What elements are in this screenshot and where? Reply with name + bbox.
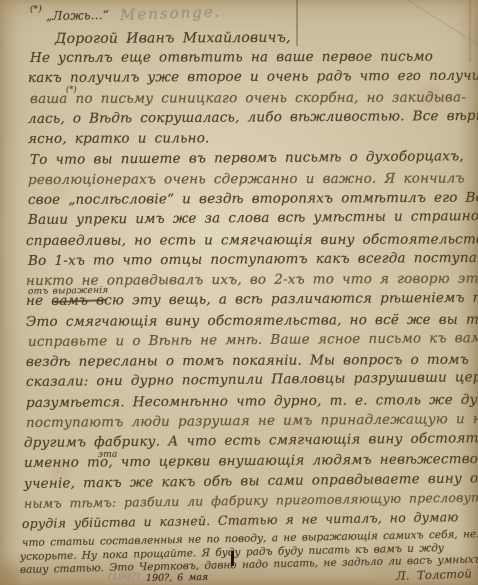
fold-crease-top-right <box>469 0 471 62</box>
header-title-pencil: Mensonge. <box>120 4 222 23</box>
salutation-line: Дорогой Иванъ Михайловичъ, <box>55 31 291 46</box>
manuscript-line: ясно, кратко и сильно. <box>28 132 210 146</box>
manuscript-line: Ваши упреки имъ же за слова всѣ умѣстны … <box>28 210 478 227</box>
manuscript-line: лась, о Вѣдѣ сокрушалась, либо вѣжливост… <box>28 110 478 127</box>
manuscript-line: другимъ фабрику. А что есть смягчающія в… <box>24 432 478 451</box>
date-annotation-ink: 190?, 6 мая <box>146 573 208 584</box>
footnote-asterisk-mark: (*) <box>66 86 77 94</box>
fold-crease-diagonal <box>392 0 478 51</box>
manuscript-line: справедливы, но есть и смягчающія вину о… <box>26 233 478 248</box>
manuscript-line: исправьте и о Вѣнѣ не мнѣ. Ваше ясное пи… <box>28 332 478 350</box>
date-annotation-pencil: (190?) <box>108 572 140 583</box>
header-title-ink: „Ложь...“ <box>46 9 109 22</box>
manuscript-line: свое „послѣсловіе“ и вездѣ второпяхъ отм… <box>28 192 478 208</box>
ink-mark <box>231 551 234 566</box>
manuscript-line: Во 1-хъ то что отцы поступаютъ какъ всег… <box>28 252 478 269</box>
interlinear-insertion: отъ выраженія <box>28 287 109 297</box>
manuscript-line: Не успѣлъ еще отвѣтить на ваше первое пи… <box>30 51 433 66</box>
manuscript-line: революціонерахъ очень сдержанно и важно.… <box>28 172 465 187</box>
manuscript-line: поступаютъ люди разрушая не имъ принадле… <box>26 413 478 431</box>
manuscript-line: Это смягчающія вину обстоятельства, но в… <box>26 313 478 329</box>
manuscript-line: орудія убійства и казней. Статью я не чи… <box>22 511 459 530</box>
manuscript-line: нымъ тѣмъ: разбили ли фабрику приготовля… <box>24 491 478 510</box>
manuscript-line: То что вы пишете въ первомъ письмѣ о дух… <box>30 150 464 167</box>
manuscript-line: сказали: они дурно поступили Павловцы ра… <box>26 371 478 390</box>
signature: Л. Толстой <box>396 568 472 582</box>
manuscript-line: ваша по письму синицкаго очень скорбна, … <box>30 91 466 106</box>
manuscript-line: разумѣется. Несомнѣнно что дурно, т. е. … <box>26 393 478 410</box>
manuscript-line: ученіе, такъ же какъ обѣ вы сами оправды… <box>24 471 478 491</box>
interlinear-insertion: эта <box>98 451 118 460</box>
manuscript-page: (*) „Ложь...“ Mensonge. Дорогой Иванъ Ми… <box>0 0 478 585</box>
manuscript-line: какъ получилъ уже второе и очень радъ чт… <box>28 69 478 85</box>
manuscript-line: вездѣ пересланы о томъ покаяніи. Мы вопр… <box>26 354 469 370</box>
fold-crease-top-center <box>296 0 298 46</box>
manuscript-line: именно то, что церкви внушающія людямъ н… <box>24 452 478 470</box>
header-asterisk-mark: (*) <box>30 5 43 15</box>
